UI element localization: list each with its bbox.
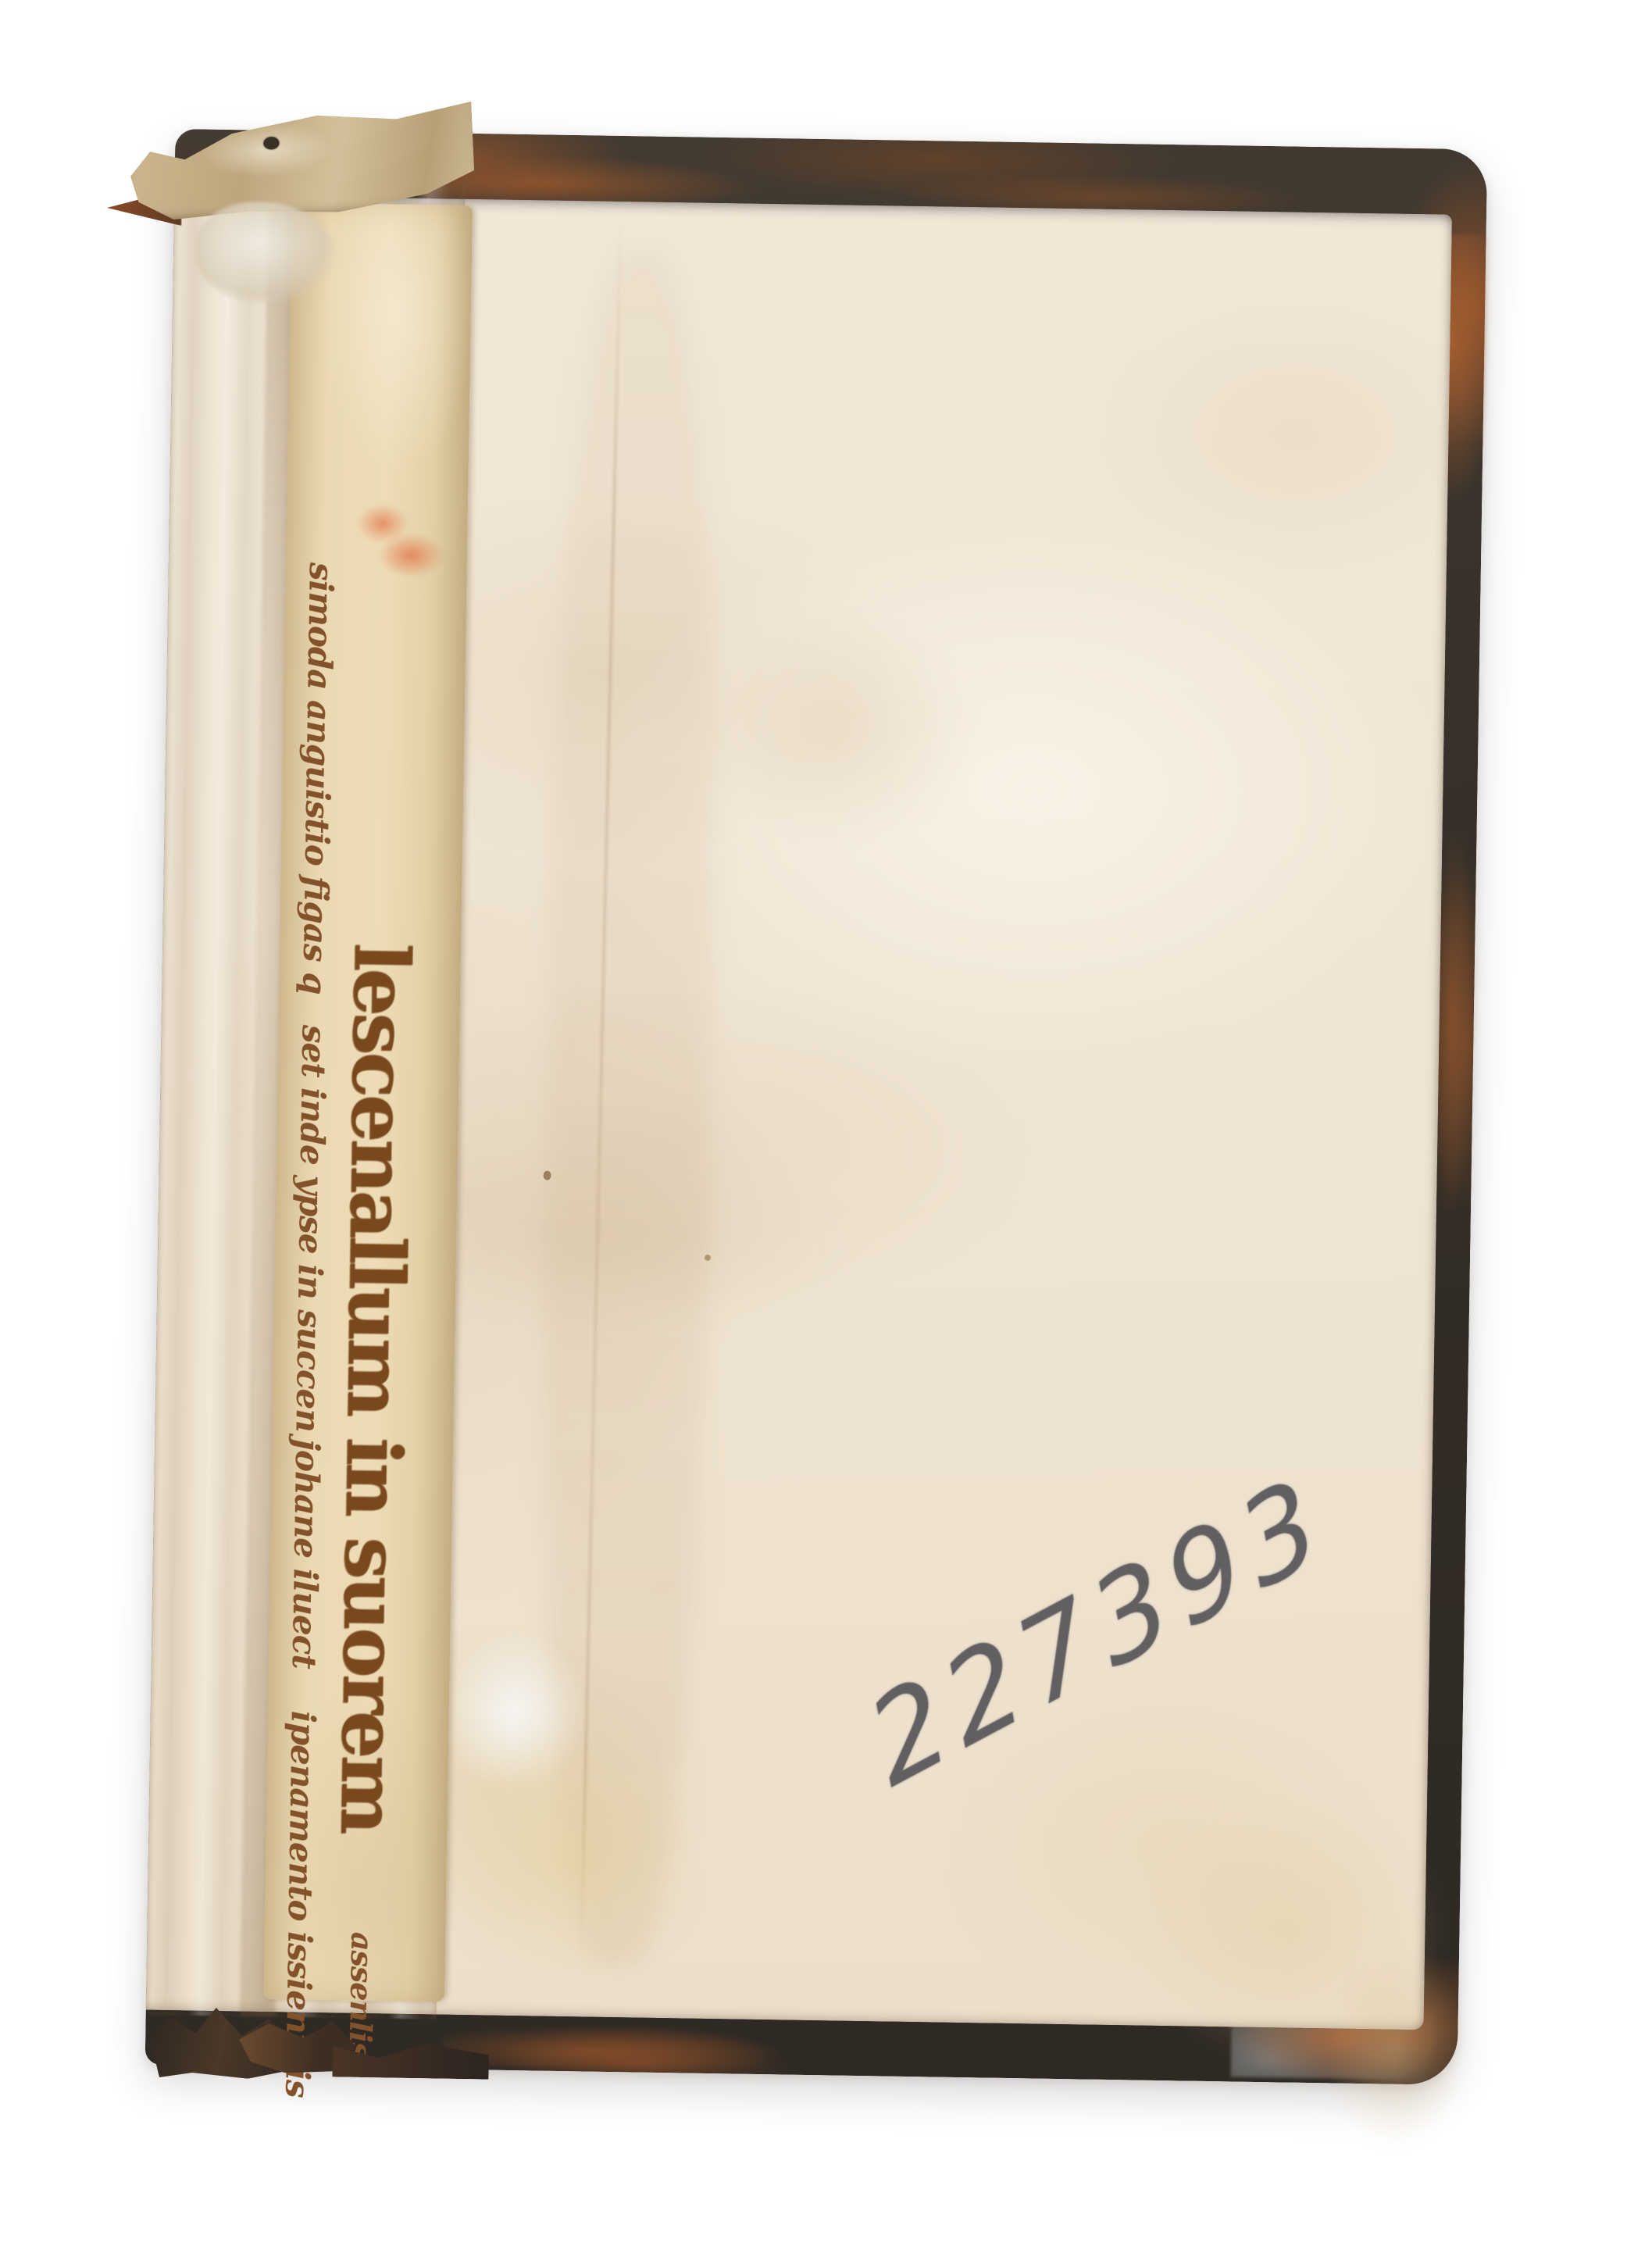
pencil-inscription: 227393 xyxy=(852,1459,1329,1815)
photo-backdrop: 227393 simoda anguistio figas q set inde… xyxy=(0,0,1652,2257)
manuscript-spine-strip: simoda anguistio figas q set inde ypse i… xyxy=(263,202,473,2002)
dirt-speck xyxy=(705,1255,711,1261)
mottling-stain-upper xyxy=(695,609,980,848)
dark-speck-on-tab xyxy=(263,137,280,150)
strip-small-script-3: johane iluect xyxy=(275,1438,327,1669)
strip-large-gothic-title: lescenallum in suorem xyxy=(323,942,426,1832)
strip-small-script-1: simoda anguistio figas q xyxy=(285,562,341,995)
strip-small-script-2: set inde ypse in succen xyxy=(278,1024,333,1432)
rust-patch-bottom-middle xyxy=(442,2024,779,2072)
book-inner-board: 227393 simoda anguistio figas q set inde… xyxy=(145,129,1488,2085)
yellow-stain-right-edge xyxy=(1323,1947,1467,2152)
orange-stain xyxy=(352,504,451,584)
